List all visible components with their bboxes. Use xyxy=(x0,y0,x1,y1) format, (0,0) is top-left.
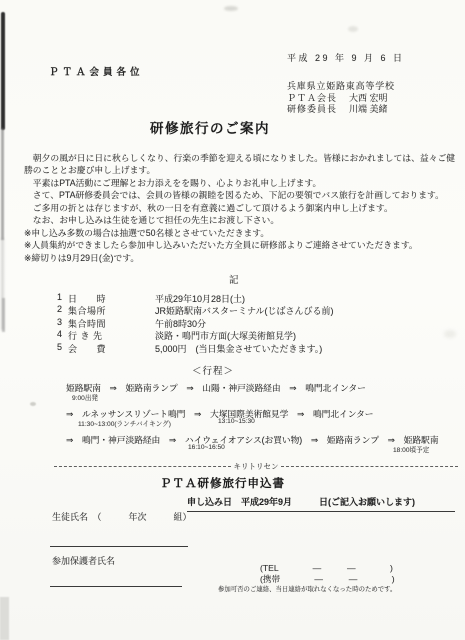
itinerary-time-museum: 13:10~15:30 xyxy=(218,418,255,425)
body-line: ※人員集約ができましたら参加申し込みいただいた方全員に研修部よりご連絡させていた… xyxy=(24,239,455,251)
record-item-number: 5 xyxy=(57,342,62,352)
itinerary-time-lunch: 11:30~13:00(ランチバイキング) xyxy=(78,418,171,428)
record-item-label: 会 費 xyxy=(68,342,106,355)
scan-edge-artifact xyxy=(0,597,9,640)
application-date-field: 申し込み日 平成29年9月 日(ご記入お願いします) xyxy=(187,495,455,512)
record-item-number: 4 xyxy=(57,329,62,339)
parent-name-field: 参加保護者氏名 xyxy=(52,554,115,567)
record-item-value: 淡路・鳴門市方面(大塚美術館見学) xyxy=(155,329,296,342)
record-item-value: 平成29年10月28日(土) xyxy=(155,292,245,305)
student-name-field: 生徒氏名 （ 年次 組） xyxy=(52,510,192,523)
body-line: ご多用の折とは存じますが、秋の一日を有意義に過ごして頂けるよう御案内申し上げます… xyxy=(24,202,455,214)
record-heading: 記 xyxy=(229,272,239,286)
itinerary-heading: ＜行程＞ xyxy=(192,363,234,377)
body-line: ※申し込み多数の場合は抽選で50名様とさせていただきます。 xyxy=(24,227,455,239)
record-item-meeting-place: 2 集合場所 JR姫路駅南バスターミナル(じばさんびる前) xyxy=(0,304,465,316)
scan-edge-artifact xyxy=(1,128,4,240)
cut-line: キリトリセン xyxy=(54,461,458,472)
application-form-title: ＰＴＡ研修旅行申込書 xyxy=(160,475,285,491)
record-item-destination: 4 行 き 先 淡路・鳴門市方面(大塚美術館見学) xyxy=(0,329,465,341)
record-item-fee: 5 会 費 5,000円 (当日集金させていただきます。) xyxy=(0,342,465,354)
committee-chair-label: 研修委員長 xyxy=(287,102,349,115)
itinerary-route-3: ⇒ 鳴門・神戸淡路経由 ⇒ ハイウェイオアシス(お買い物) ⇒ 姫路南ランプ ⇒… xyxy=(66,433,438,446)
body-text: 朝夕の風が日に日に秋らしくなり、行楽の季節を迎える頃になりました。皆様におかれま… xyxy=(24,152,455,264)
record-item-meeting-time: 3 集合時間 午前8時30分 xyxy=(0,317,465,329)
body-line: 勝のこととお慶び申し上げます。 xyxy=(24,164,455,176)
body-line: ※締切りは9月29日(金)です。 xyxy=(24,252,455,264)
body-line: なお、お申し込みは生徒を通じて担任の先生にお渡し下さい。 xyxy=(24,214,455,226)
cut-line-dashes xyxy=(281,466,458,467)
scan-smudge xyxy=(224,6,238,11)
scan-smudge xyxy=(348,26,358,32)
record-item-label: 日 時 xyxy=(68,292,106,305)
committee-chair-line: 研修委員長 川端 美緒 xyxy=(287,102,388,115)
record-item-datetime: 1 日 時 平成29年10月28日(土) xyxy=(0,292,465,304)
record-item-value: JR姫路駅南バスターミナル(じばさんびる前) xyxy=(155,304,334,317)
recipient-line: ＰＴＡ会員各位 xyxy=(49,64,144,78)
record-item-label: 行 き 先 xyxy=(68,329,103,342)
body-line: さて、PTA研修委員会では、会員の皆様の親睦を図るため、下記の要領でバス旅行を計… xyxy=(24,189,455,201)
body-line: 平素はPTA活動にご理解とお力添えをを賜り、心よりお礼申し上げます。 xyxy=(24,177,455,189)
scan-smudge xyxy=(30,402,36,406)
itinerary-time-shopping: 16:10~16:50 xyxy=(188,444,225,451)
cut-line-dashes xyxy=(54,466,231,467)
record-item-value: 午前8時30分 xyxy=(155,317,206,330)
parent-name-write-line xyxy=(50,586,182,587)
student-name-write-line xyxy=(50,546,188,547)
contact-note: 参加可否のご連絡、当日連絡が取れなくなった時のためです。 xyxy=(218,584,396,593)
scanned-document-page: 平成 29 年 9 月 6 日 ＰＴＡ会員各位 兵庫県立姫路東高等学校 ＰＴＡ会… xyxy=(0,0,465,640)
record-item-label: 集合場所 xyxy=(68,304,106,317)
record-item-number: 1 xyxy=(57,292,62,302)
itinerary-time-departure: 9:00出発 xyxy=(72,392,98,402)
document-title: 研修旅行のご案内 xyxy=(150,117,270,137)
committee-chair-name: 川端 美緒 xyxy=(349,102,388,115)
body-line: 朝夕の風が日に日に秋らしくなり、行楽の季節を迎える頃になりました。皆様におかれま… xyxy=(24,152,455,164)
itinerary-route-1: 姫路駅南 ⇒ 姫路南ランプ ⇒ 山陽・神戸淡路経由 ⇒ 鳴門北インター xyxy=(66,381,366,394)
itinerary-time-arrival: 18:00頃予定 xyxy=(393,444,429,454)
record-item-number: 3 xyxy=(57,317,62,327)
record-item-label: 集合時間 xyxy=(68,317,106,330)
scan-edge-artifact xyxy=(1,12,5,130)
record-item-value: 5,000円 (当日集金させていただきます。) xyxy=(155,342,322,355)
cut-line-label: キリトリセン xyxy=(231,461,282,472)
record-item-number: 2 xyxy=(57,304,62,314)
document-date: 平成 29 年 9 月 6 日 xyxy=(287,51,405,64)
